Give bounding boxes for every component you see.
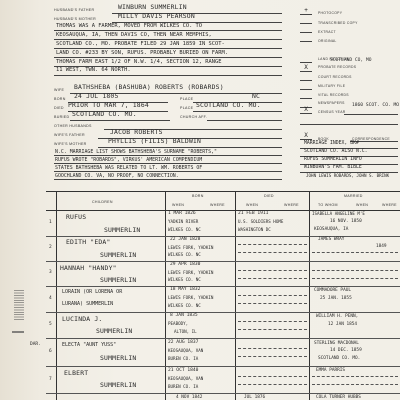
husband-note-line-2: Keosauqua, IA, then Davis Co, then near … [56,32,212,38]
transcribed-copy-label: Transcribed Copy [318,21,358,25]
children-header: Children [92,200,113,204]
vital-records-check[interactable] [300,92,312,99]
row-number: 2 [49,245,52,250]
wife-buried: Scotland Co. Mo. [72,110,137,118]
row-number: 7 [49,377,52,382]
died-place-label: Place [180,106,193,110]
child-first-name: Edith "Eda" [66,238,111,246]
wife-born-place: NC [252,92,260,100]
military-file-label: Military File [318,84,345,88]
book-note-4: Winburn's fam. Bible [304,165,362,170]
born-place-label: Place [180,97,193,101]
court-records-label: Court Records [318,75,352,79]
born-header: Born [192,194,204,198]
book-note-1: Marriage Index, BK# [304,141,359,146]
born-where-county: Wilkes Co. NC [168,303,201,308]
married-to-whom: William H. Penn, [316,314,358,319]
book-note-5: John Lewis Robards, John S. Brink [306,173,389,178]
child-first-name: Rufus [66,213,86,221]
book-note-3: Rufus Summerlin info [304,157,362,162]
married-to-whom: Isabella Angeline M'E [312,211,365,216]
born-where: Peabody, [168,321,188,326]
married-where: Keosauqua, IA [314,227,348,232]
died-when: 21 Feb 1911 [238,211,268,216]
extract-check[interactable] [300,26,312,33]
wife-note-line-1: N.C. marriage list shows Bathsheba's sur… [55,149,217,155]
wife-note-line-2: Rufus wrote "Robards", Virkus' American … [55,157,202,163]
wife-name: Bathsheba (Bashuba) Roberts (Robards) [74,83,224,91]
wife-father-value: Jacob Roberts [110,128,163,136]
died-where: U.S. Soldiers Home [238,219,283,224]
born-where: Yadkin River [168,219,198,224]
child-surname: Lurana) Summerlin [62,301,113,307]
child-first-name: Lorain (or Lorena or [62,289,122,295]
born-col-border [235,191,236,400]
born-when: 18 May 1832 [170,287,200,292]
other-husbands-label: Other Husbands [54,124,92,128]
born-when-header: When [172,203,184,207]
wife-died-place: Scotland Co. MO. [196,101,261,109]
married-when: 25 Jan. 1855 [320,296,352,301]
husband-father-value: Winburn Summerlin [118,3,187,11]
photocopy-label: Photocopy [318,11,342,15]
census-year-check[interactable]: X [300,107,312,114]
born-when: 21 Oct 1840 [168,368,198,373]
husband-note-line-4: land Co. #233 by son, Rufus. Probably bu… [56,50,228,56]
child-surname: Summerlin [100,251,136,259]
born-when: 22 Aug 1837 [168,340,198,345]
born-when: 29 Apr 1830 [170,262,200,267]
husband-mother-value: Milly Davis Pearson [118,12,195,20]
born-where-county: Wilkes Co. NC [168,252,201,257]
vital-records-label: Vital Records [318,93,349,97]
born-where-county: Buren Co. IA [168,356,198,361]
probate-records-check[interactable]: X [300,65,312,72]
married-to-whom: Sterling MacDonal [314,341,359,346]
born-label: Born [54,97,66,101]
married-when: 12 Jan 1854 [328,322,357,327]
died-when: Jul 1876 [244,395,265,400]
photocopy-check[interactable]: + [300,8,312,15]
row-number: 3 [49,270,52,275]
wife-note-line-4: Goochland Co. VA, no proof, no connectio… [55,173,179,179]
wife-father-label: Wife's Father [54,133,85,137]
row-prefix-dar: DAR. [30,342,41,347]
court-records-check[interactable] [300,74,312,81]
married-where: Scotland Co. MO. [318,356,360,361]
child-surname: Summerlin [96,327,132,335]
probate-note: Scotland Co, Mo [330,58,372,63]
original-label: Original [318,39,337,43]
born-where: Lewis Fork, Yadkin [168,270,213,275]
born-where-header: Where [210,203,225,207]
child-surname: Summerlin [100,354,136,362]
census-year-label: Census Year [318,110,346,114]
husband-mother-label: Husband's Mother [54,17,96,21]
married-when-header: When [356,203,368,207]
died-when-header: When [246,203,258,207]
child-first-name: Elbert [64,369,88,377]
married-when: 1849 [376,244,387,249]
died-header: Died [264,194,274,198]
died-where-header: Where [284,203,299,207]
stamp-bar [12,331,24,333]
born-where-county: Wilkes Co. NC [168,277,201,282]
wife-died-date: Prior to Mar 7, 1864 [68,101,149,109]
wife-mother-value: Phyllis (Filis) Baldwin [108,137,201,145]
newspapers-label: Newspapers [318,101,345,105]
census-note: 1860 Scot. Co. Mo. [352,103,400,108]
husband-note-line-1: Thomas was a farmer, moved from Wilkes C… [56,23,202,29]
land-records-check[interactable] [300,56,312,63]
husband-note-line-6: 11 West, Twn. 64 North. [56,67,131,73]
born-where: Lewis Fork, Yadkin [168,245,213,250]
wife-mother-label: Wife's Mother [54,142,87,146]
transcribed-copy-check[interactable] [300,17,312,24]
born-when: 8 Jan 1835 [170,313,198,318]
died-col-border [309,191,310,400]
died-where-city: Washington DC [238,227,271,232]
married-to-whom: Commadore Paul [314,288,351,293]
born-when: 22 Jan 1828 [170,237,200,242]
genealogy-form-page: Husband's Father Winburn Summerlin Husba… [0,0,400,400]
born-where-county: Wilkes Co. NC [168,227,201,232]
husband-father-label: Husband's Father [54,8,94,12]
married-to-whom-header: To Whom [318,203,338,207]
born-where: Lewis Fork, Yadkin [168,295,213,300]
married-when: 14 Dec. 1859 [330,348,362,353]
born-when: 4 Nov 1842 [176,395,202,400]
extract-label: Extract [318,30,336,34]
born-where-county: Alton, IL [174,329,197,334]
row-number: 6 [49,349,52,354]
original-check[interactable] [300,35,312,42]
book-note-2: Scotland Co. Also N.C. [304,149,368,154]
wife-note-line-3: states Bathsheba was related to Lt. Wm. … [55,165,202,171]
book-check[interactable]: X [300,133,312,140]
married-to-whom: Cola Turner Hubbs [316,395,361,400]
married-when: 16 Nov. 1850 [330,219,362,224]
num-col-border [56,191,57,400]
born-where: Keosauqua, Van [168,348,203,353]
married-header: Married [344,194,363,198]
probate-records-label: Probate Records [318,65,356,69]
child-first-name: Electa "Aunt Yuss" [62,342,116,348]
wife-label: Wife [54,88,64,92]
married-to-whom: James Wray [318,237,344,242]
married-to-whom: Emma Parris [316,368,345,373]
husband-note-line-5: Thomas farm east 1/2 of N.W. 1/4, Sectio… [56,59,222,65]
born-where: Keosauqua, Van [168,376,203,381]
born-where-county: Buren Co. IA [168,384,198,389]
child-first-name: Hannah "Handy" [60,264,117,272]
wife-born-date: 24 Jul 1805 [74,92,119,100]
child-surname: Summerlin [100,381,136,389]
buried-label: Buried [54,115,69,119]
died-label: Died [54,106,64,110]
church-label: Church Aff. [180,115,207,119]
married-where-header: Where [382,203,397,207]
child-surname: Summerlin [104,226,140,234]
row-number: 5 [49,322,52,327]
husband-note-line-3: Scotland Co., Mo. Probate filed 29 Jan 1… [56,41,225,47]
child-surname: Summerlin [100,276,136,284]
child-first-name: Lucinda J. [62,315,102,323]
row-number: 4 [49,296,52,301]
born-when: 1 Mar 1826 [168,211,196,216]
children-col-border [165,191,166,400]
row-number: 1 [49,220,52,225]
table-top-border [46,191,400,192]
military-file-check[interactable] [300,83,312,90]
publisher-stamp [14,290,24,320]
